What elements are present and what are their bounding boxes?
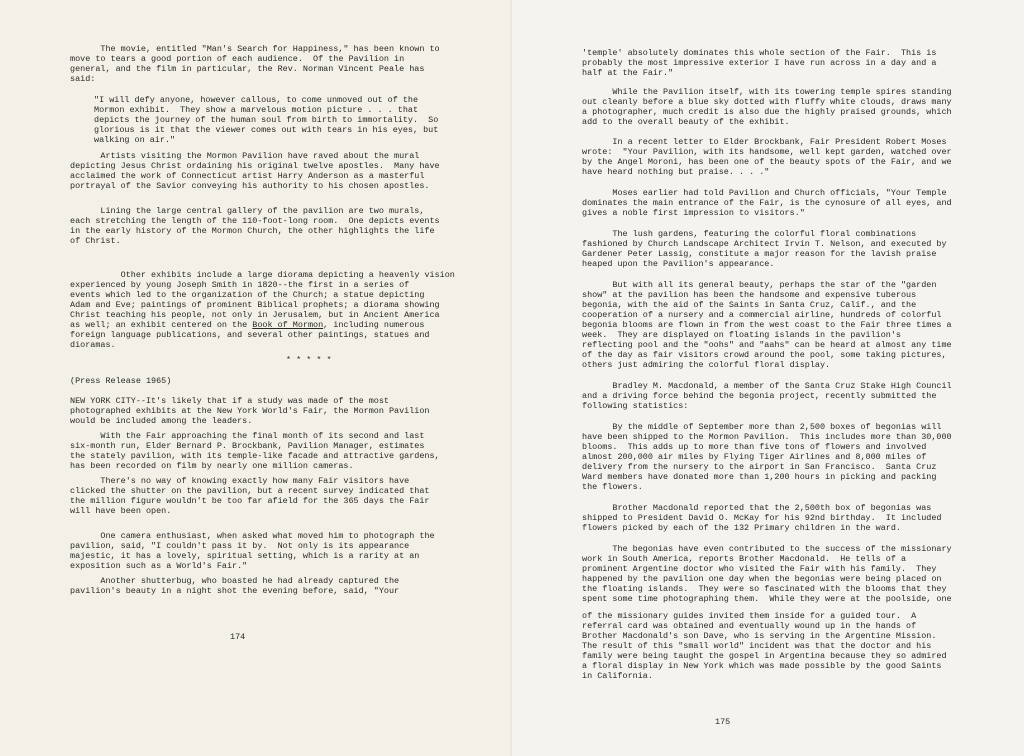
right-page-text: 'temple' absolutely dominates this whole… (512, 0, 1024, 756)
paragraph-pavilion-itself: While the Pavilion itself, with its towe… (582, 87, 952, 127)
paragraph-lush-gardens: The lush gardens, featuring the colorful… (582, 229, 947, 269)
press-release-label: (Press Release 1965) (70, 376, 171, 386)
paragraph-peale-quote: "I will defy anyone, however callous, to… (94, 95, 438, 145)
paragraph-moses-earlier: Moses earlier had told Pavilion and Chur… (582, 188, 952, 218)
page-number-right: 175 (715, 717, 730, 727)
paragraph-garden-show: But with all its general beauty, perhaps… (582, 280, 952, 370)
paragraph-exhibits: Other exhibits include a large diorama d… (70, 260, 455, 360)
section-separator: * * * * * (286, 355, 332, 365)
paragraph-fair-approaching: With the Fair approaching the final mont… (70, 431, 440, 471)
paragraph-no-way: There's no way of knowing exactly how ma… (70, 476, 430, 516)
paragraph-moses-letter: In a recent letter to Elder Brockbank, F… (582, 137, 952, 177)
paragraph-temple: 'temple' absolutely dominates this whole… (582, 48, 936, 78)
paragraph-missionary-continued: of the missionary guides invited them in… (582, 611, 947, 681)
page-number-left: 174 (230, 632, 245, 642)
paragraph-camera-enthusiast: One camera enthusiast, when asked what m… (70, 531, 435, 571)
book-of-mormon-title: Book of Mormon (252, 320, 323, 330)
paragraph-artists: Artists visiting the Mormon Pavilion hav… (70, 151, 440, 191)
paragraph-nyc: NEW YORK CITY--It's likely that if a stu… (70, 396, 430, 426)
paragraph-murals: Lining the large central gallery of the … (70, 206, 440, 246)
paragraph-mckay-box: Brother Macdonald reported that the 2,50… (582, 503, 942, 533)
paragraph-missionary: The begonias have even contributed to th… (582, 544, 952, 604)
paragraph-macdonald: Bradley M. Macdonald, a member of the Sa… (582, 381, 952, 411)
paragraph-movie: The movie, entitled "Man's Search for Ha… (70, 44, 440, 84)
paragraph-shutterbug: Another shutterbug, who boasted he had a… (70, 576, 399, 596)
paragraph-statistics: By the middle of September more than 2,5… (582, 422, 952, 492)
